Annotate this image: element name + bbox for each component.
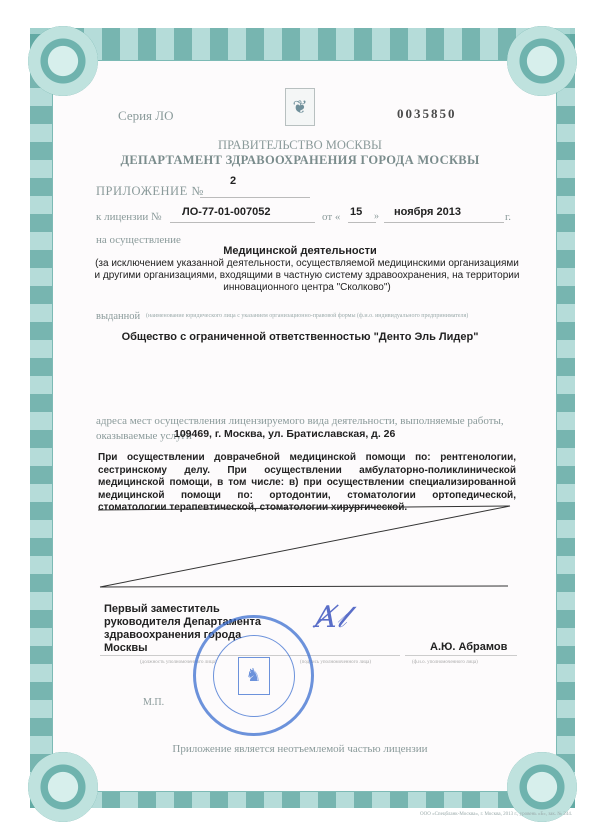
seal-ring: ♞ <box>213 635 295 717</box>
license-appendix: ❦ Серия ЛО 0035850 ПРАВИТЕЛЬСТВО МОСКВЫ … <box>0 0 600 825</box>
printer-imprint: ООО «Спецбланк-Москва», г. Москва, 2013 … <box>420 812 572 817</box>
name-underline <box>405 655 517 656</box>
seal-label: М.П. <box>143 697 164 708</box>
caption-name: (ф.и.о. уполномоченного лица) <box>412 660 478 665</box>
signer-name: А.Ю. Абрамов <box>430 641 507 653</box>
moscow-seal-icon: ♞ <box>193 615 314 736</box>
st-george-emblem-icon: ♞ <box>238 657 270 695</box>
footer-note: Приложение является неотъемлемой частью … <box>0 743 600 755</box>
signature-icon: Ⱥ𝓁 <box>315 600 347 635</box>
